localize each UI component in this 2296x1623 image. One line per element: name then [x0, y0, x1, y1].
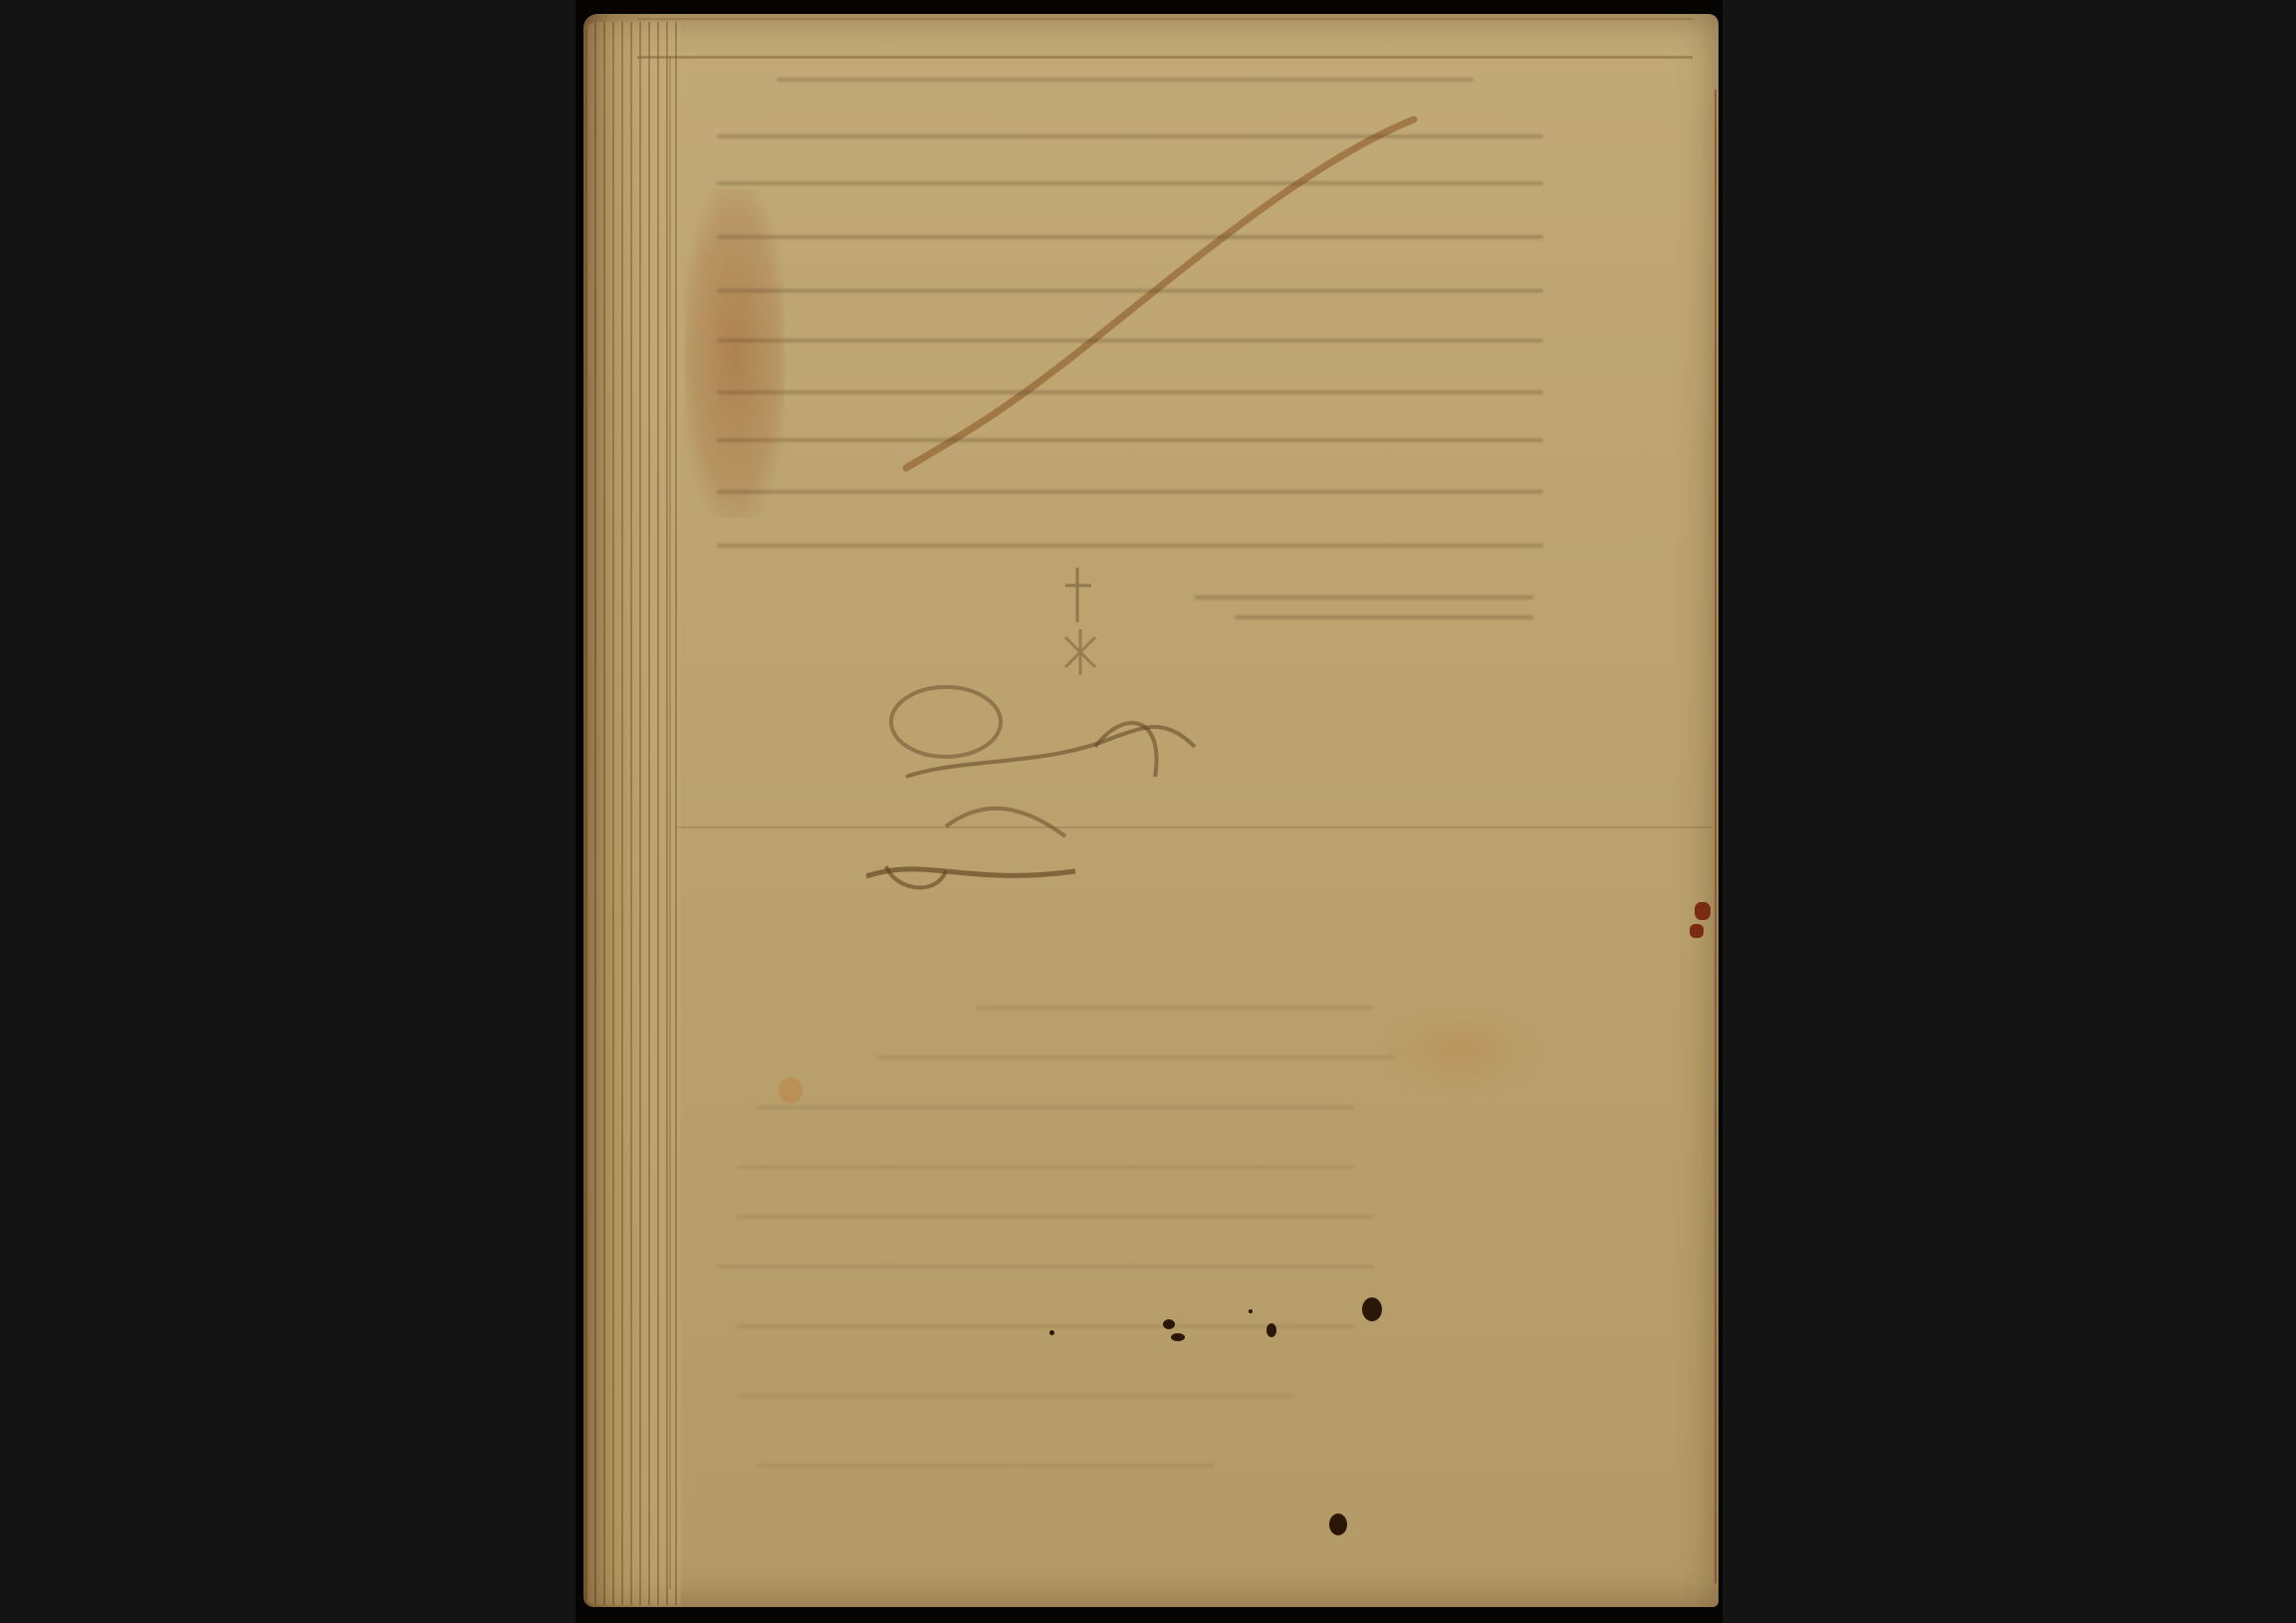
cross-mark-icon: [1055, 568, 1115, 677]
image-viewer: [0, 0, 2296, 1623]
signature-icon: [866, 677, 1245, 906]
